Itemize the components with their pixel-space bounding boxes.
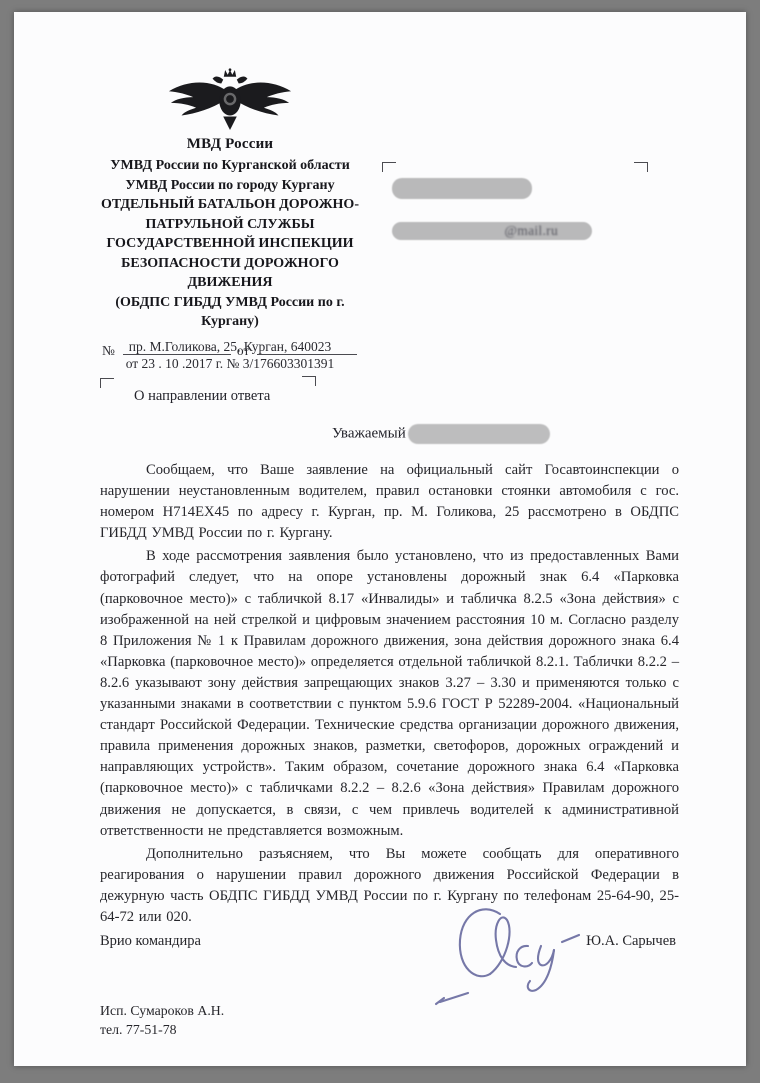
- org-name-line: Кургану): [74, 312, 386, 332]
- outgoing-number-line: №от: [102, 342, 357, 359]
- org-name-line: ДВИЖЕНИЯ: [74, 273, 386, 293]
- recipient-block: @mail.ru: [382, 162, 648, 258]
- signer-position-title: Врио командира: [100, 933, 201, 950]
- corner-mark-top-left: [382, 162, 396, 172]
- greeting-text: Уважаемый: [332, 425, 406, 441]
- org-name-line: ГОСУДАРСТВЕННОЙ ИНСПЕКЦИИ: [74, 234, 386, 254]
- executor-name: Исп. Сумароков А.Н.: [100, 1002, 224, 1021]
- redacted-recipient-email: @mail.ru: [392, 222, 592, 240]
- executor-block: Исп. Сумароков А.Н. тел. 77-51-78: [100, 1002, 224, 1039]
- scanned-letter-photo: { "colors": { "background": "#7d7d7d", "…: [0, 0, 760, 1083]
- corner-mark-top-right: [634, 162, 648, 172]
- number-blank-field: [123, 342, 231, 355]
- date-blank-field: [257, 342, 357, 355]
- subject-line: О направлении ответа: [134, 388, 270, 405]
- redacted-recipient-name: [392, 178, 532, 199]
- redacted-addressee-name: [408, 424, 550, 444]
- org-name-line: (ОБДПС ГИБДД УМВД России по г.: [74, 293, 386, 313]
- signer-name: Ю.А. Сарычев: [586, 933, 676, 950]
- letter-paper: МВД России УМВД России по Курганской обл…: [14, 12, 746, 1066]
- ministry-name: МВД России: [74, 136, 386, 153]
- corner-mark-subject-left: [100, 378, 114, 388]
- corner-mark-subject-right: [302, 376, 316, 386]
- org-name-line: ОТДЕЛЬНЫЙ БАТАЛЬОН ДОРОЖНО-: [74, 195, 386, 215]
- org-name-line: ПАТРУЛЬНОЙ СЛУЖБЫ: [74, 215, 386, 235]
- body-paragraph: В ходе рассмотрения заявления было устан…: [100, 546, 679, 841]
- executor-phone: тел. 77-51-78: [100, 1021, 224, 1040]
- email-visible-fragment: @mail.ru: [505, 223, 558, 239]
- org-name-line: УМВД России по городу Кургану: [74, 176, 386, 196]
- salutation-line: Уважаемый: [332, 424, 550, 444]
- letterhead: МВД России УМВД России по Курганской обл…: [74, 68, 386, 372]
- number-label: №: [102, 343, 115, 358]
- org-name-line: БЕЗОПАСНОСТИ ДОРОЖНОГО: [74, 254, 386, 274]
- mvd-eagle-emblem-icon: [167, 68, 293, 132]
- org-name-line: УМВД России по Курганской области: [74, 156, 386, 176]
- letter-body: Сообщаем, что Ваше заявление на официаль…: [100, 460, 679, 930]
- body-paragraph: Сообщаем, что Ваше заявление на официаль…: [100, 460, 679, 544]
- handwritten-signature: [422, 890, 592, 1016]
- from-label: от: [237, 343, 249, 358]
- body-paragraph: Дополнительно разъясняем, что Вы можете …: [100, 844, 679, 928]
